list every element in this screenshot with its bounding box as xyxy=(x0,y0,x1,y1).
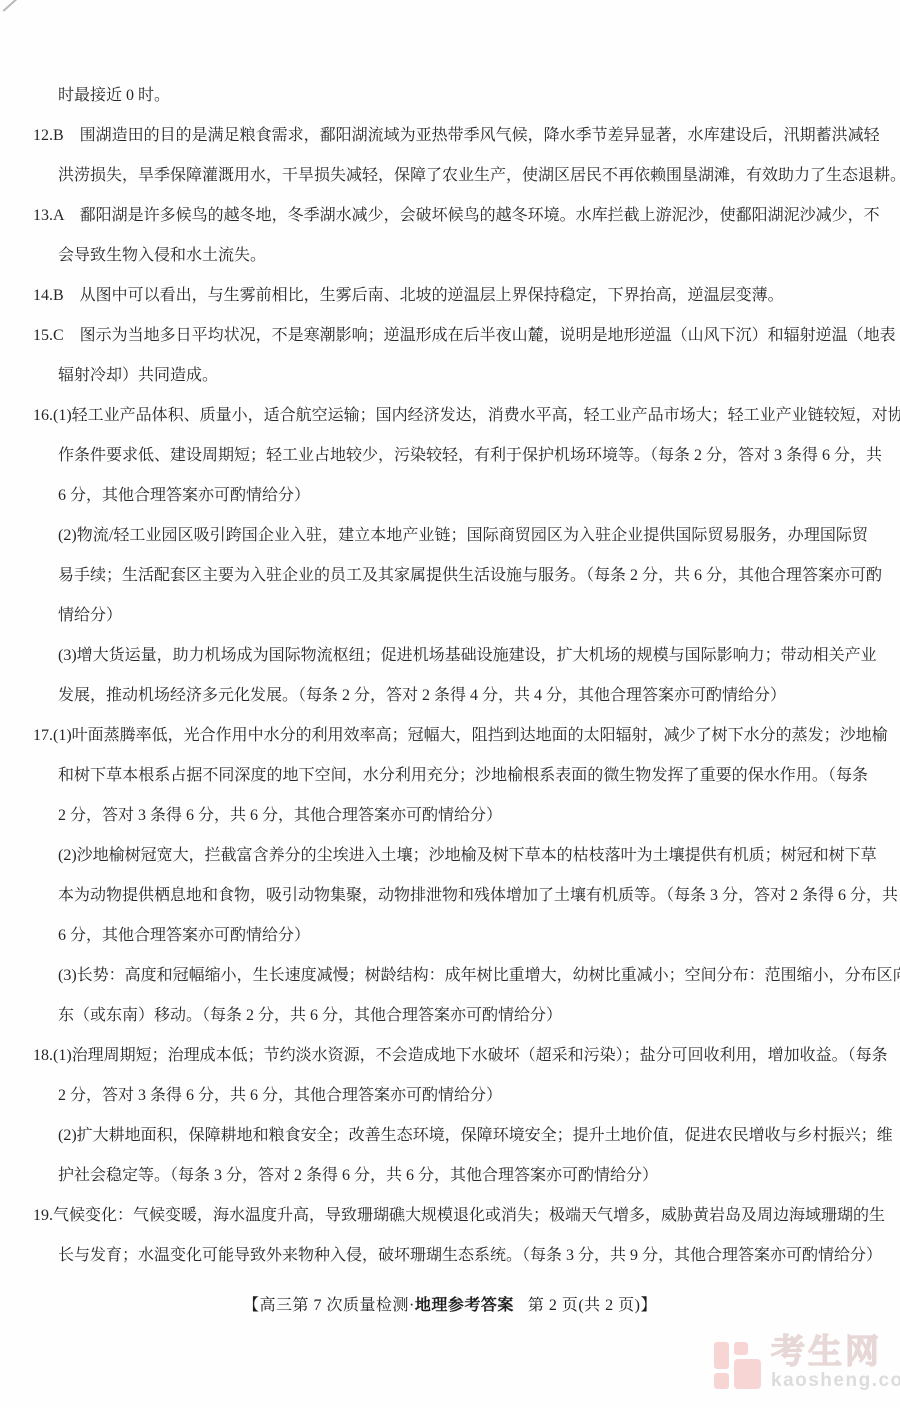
watermark-text-block: 考生网 kaosheng.com xyxy=(771,1334,900,1391)
answer-line: 长与发育；水温变化可能导致外来物种入侵，破坏珊瑚生态系统。（每条 3 分，共 9… xyxy=(58,1236,868,1276)
watermark-brand-text: 考生网 xyxy=(771,1334,900,1370)
answer-line-q16-3: (3)增大货运量，助力机场成为国际物流枢纽；促进机场基础设施建设，扩大机场的规模… xyxy=(58,636,868,676)
answer-line: 洪涝损失，旱季保障灌溉用水，干旱损失减轻，保障了农业生产，使湖区居民不再依赖围垦… xyxy=(58,156,868,196)
answer-line: 时最接近 0 时。 xyxy=(58,76,868,116)
answer-line-q13: 13.A 鄱阳湖是许多候鸟的越冬地，冬季湖水减少，会破坏候鸟的越冬环境。水库拦截… xyxy=(33,196,868,236)
answer-line-q19: 19.气候变化：气候变暖，海水温度升高，导致珊瑚礁大规模退化或消失；极端天气增多… xyxy=(33,1196,868,1236)
answer-line: 作条件要求低、建设周期短；轻工业占地较少，污染较轻，有利于保护机场环境等。（每条… xyxy=(58,436,868,476)
answer-line: 6 分，其他合理答案亦可酌情给分） xyxy=(58,916,868,956)
answer-line: 易手续；生活配套区主要为入驻企业的员工及其家属提供生活设施与服务。（每条 2 分… xyxy=(58,556,868,596)
answer-line: 情给分） xyxy=(58,596,868,636)
answer-line: 护社会稳定等。（每条 3 分，答对 2 条得 6 分，共 6 分，其他合理答案亦… xyxy=(58,1156,868,1196)
answer-line-q16-1: 16.(1)轻工业产品体积、质量小，适合航空运输；国内经济发达，消费水平高，轻工… xyxy=(33,396,868,436)
answer-line-q17-2: (2)沙地榆树冠宽大，拦截富含养分的尘埃进入土壤；沙地榆及树下草本的枯枝落叶为土… xyxy=(58,836,868,876)
answer-line-q15: 15.C 图示为当地多日平均状况，不是寒潮影响；逆温形成在后半夜山麓，说明是地形… xyxy=(33,316,868,356)
kaosheng-logo-icon xyxy=(714,1341,766,1391)
footer-page-number: 第 2 页(共 2 页)】 xyxy=(528,1297,657,1314)
footer-exam-title: 【高三第 7 次质量检测· xyxy=(243,1297,415,1314)
answer-line-q18-1: 18.(1)治理周期短；治理成本低；节约淡水资源，不会造成地下水破坏（超采和污染… xyxy=(33,1036,868,1076)
answer-line: 发展，推动机场经济多元化发展。（每条 2 分，答对 2 条得 4 分，共 4 分… xyxy=(58,676,868,716)
answer-line: 和树下草本根系占据不同深度的地下空间，水分利用充分；沙地榆根系表面的微生物发挥了… xyxy=(58,756,868,796)
answer-line: 会导致生物入侵和水土流失。 xyxy=(58,236,868,276)
answer-line-q12: 12.B 围湖造田的目的是满足粮食需求，鄱阳湖流域为亚热带季风气候，降水季节差异… xyxy=(33,116,868,156)
answer-line: 东（或东南）移动。（每条 2 分，共 6 分，其他合理答案亦可酌情给分） xyxy=(58,996,868,1036)
answer-line-q18-2: (2)扩大耕地面积，保障耕地和粮食安全；改善生态环境，保障环境安全；提升土地价值… xyxy=(58,1116,868,1156)
watermark-domain-text: kaosheng.com xyxy=(771,1371,900,1391)
answer-line-q14: 14.B 从图中可以看出，与生雾前相比，生雾后南、北坡的逆温层上界保持稳定，下界… xyxy=(33,276,868,316)
answer-line: 6 分，其他合理答案亦可酌情给分） xyxy=(58,476,868,516)
answer-line: 2 分，答对 3 条得 6 分，共 6 分，其他合理答案亦可酌情给分） xyxy=(58,1076,868,1116)
footer-subject-title: 地理参考答案 xyxy=(415,1297,514,1314)
answer-sheet-page: 时最接近 0 时。 12.B 围湖造田的目的是满足粮食需求，鄱阳湖流域为亚热带季… xyxy=(0,0,900,1408)
scan-corner-artifact xyxy=(3,0,18,12)
answer-line: 本为动物提供栖息地和食物，吸引动物集聚，动物排泄物和残体增加了土壤有机质等。（每… xyxy=(58,876,868,916)
answer-line-q17-1: 17.(1)叶面蒸腾率低，光合作用中水分的利用效率高；冠幅大，阻挡到达地面的太阳… xyxy=(33,716,868,756)
answer-line-q17-3: (3)长势：高度和冠幅缩小，生长速度减慢；树龄结构：成年树比重增大，幼树比重减小… xyxy=(58,956,868,996)
answer-line: 2 分，答对 3 条得 6 分，共 6 分，其他合理答案亦可酌情给分） xyxy=(58,796,868,836)
answer-line: 辐射冷却）共同造成。 xyxy=(58,356,868,396)
page-footer: 【高三第 7 次质量检测·地理参考答案第 2 页(共 2 页)】 xyxy=(0,1292,900,1315)
answer-line-q16-2: (2)物流/轻工业园区吸引跨国企业入驻，建立本地产业链；国际商贸园区为入驻企业提… xyxy=(58,516,868,556)
watermark: 考生网 kaosheng.com xyxy=(714,1334,900,1391)
